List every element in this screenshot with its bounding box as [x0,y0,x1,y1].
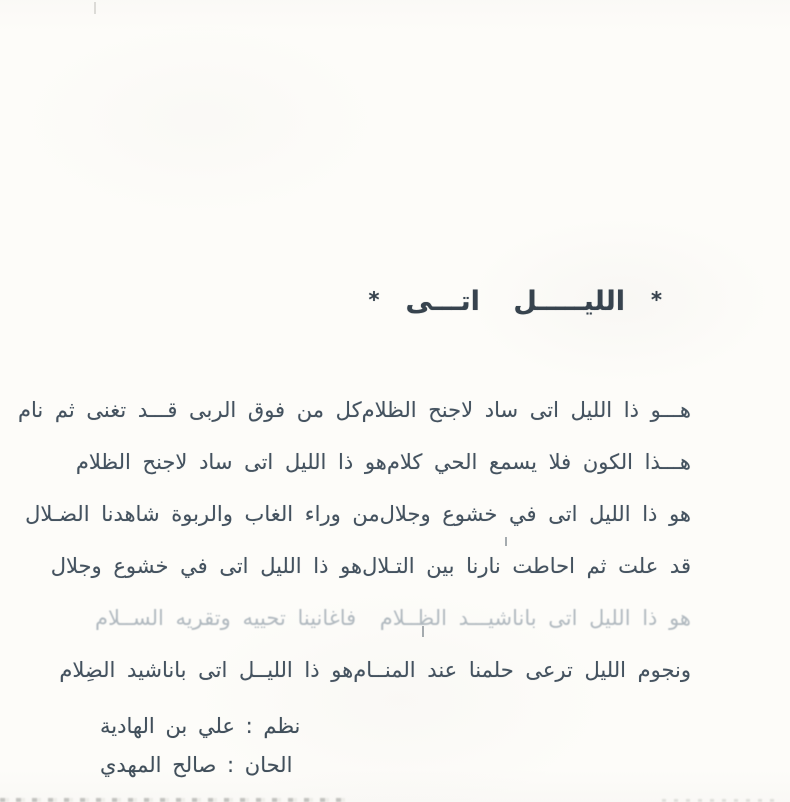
verse-line: هـــو ذا الليل اتى ساد لاجنح الظلام كل م… [95,384,691,436]
hemistich-sadr: هو ذا الليل اتى في خشوع وجلال [380,502,691,526]
hemistich-sadr: هـــو ذا الليل اتى ساد لاجنح الظلام [362,398,691,422]
hemistich-sadr: ونجوم الليل ترعى حلمنا عند المنــام [353,658,691,682]
verse-line-faded: هو ذا الليل اتى باناشيـــد الظــلام فاغا… [95,592,691,644]
composer-line: الحان : صالح المهدي [100,753,292,777]
hemistich-ajz: من وراء الغاب والربوة شاهدنا الضـلال [25,502,380,526]
hemistich-sadr: هـــذا الكون فلا يسمع الحي كلام [387,450,691,474]
poem-title: الليـــــل اتـــى [406,286,625,317]
scanned-lyrics-page: * الليـــــل اتـــى * هـــو ذا الليل اتى… [0,0,790,802]
verse-line: قد علت ثم احاطت نارنا بين التـلال هو ذا … [95,540,691,592]
poem-verses: هـــو ذا الليل اتى ساد لاجنح الظلام كل م… [95,384,691,696]
title-star-right-icon: * [651,288,662,312]
hemistich-ajz: هو ذا الليــل اتى باناشيد الضِلام [59,658,353,682]
hemistich-sadr: قد علت ثم احاطت نارنا بين التـلال [362,554,691,578]
hemistich-ajz: كل من فوق الربى قـــد تغنى ثم نام [18,398,362,422]
title-star-left-icon: * [369,288,380,312]
verse-line: هـــذا الكون فلا يسمع الحي كلام هو ذا ال… [95,436,691,488]
hemistich-ajz: فاغانينا تحييه وتقريه الســلام [95,606,356,630]
scan-artifact [422,626,424,637]
lyricist-line: نظم : علي بن الهادية [100,714,300,738]
poem-title-row: * الليـــــل اتـــى * [369,286,662,317]
verse-line: هو ذا الليل اتى في خشوع وجلال من وراء ال… [95,488,691,540]
hemistich-sadr: هو ذا الليل اتى باناشيـــد الظــلام [380,606,691,630]
hemistich-ajz: هو ذا الليل اتى ساد لاجنح الظلام [76,450,387,474]
scan-edge-artifact [0,798,350,802]
verse-line: ونجوم الليل ترعى حلمنا عند المنــام هو ذ… [95,644,691,696]
scan-artifact [94,2,96,14]
hemistich-ajz: هو ذا الليل اتى في خشوع وجلال [51,554,362,578]
scan-artifact [505,537,507,546]
credits-block: نظم : علي بن الهادية الحان : صالح المهدي [100,714,300,792]
